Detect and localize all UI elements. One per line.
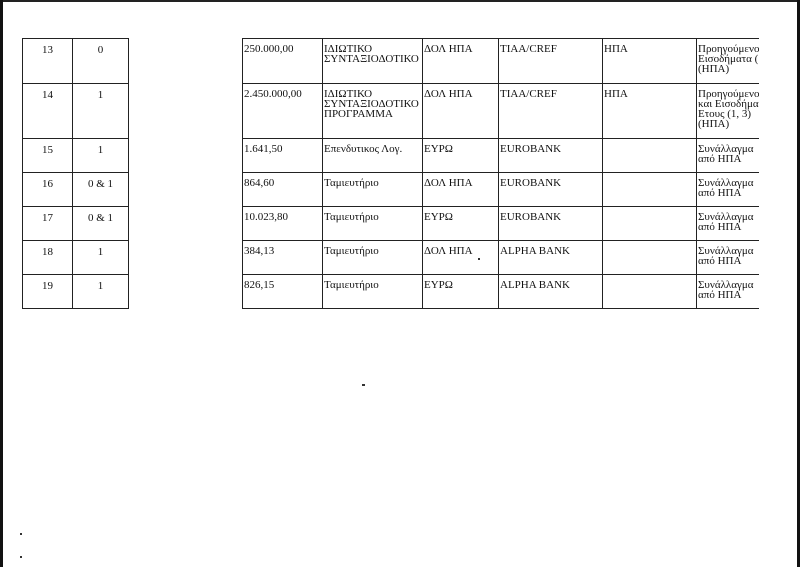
cell-row-number: 14	[23, 84, 73, 139]
cell-row-flag: 1	[73, 84, 129, 139]
cell-account-type: ΙΔΙΩΤΙΚΟΣΥΝΤΑΞΙΟΔΟΤΙΚΟ	[323, 39, 423, 84]
cell-row-flag: 0 & 1	[73, 207, 129, 241]
cell-note: Συνάλλαγμααπό ΗΠΑ	[697, 275, 760, 309]
cell-country	[603, 139, 697, 173]
cell-blank-column	[129, 39, 243, 84]
cell-bank: TIAA/CREF	[499, 84, 603, 139]
cell-note: Προηγούμενοκαι ΕισοδήμαΕτους (1, 3)(ΗΠΑ)	[697, 84, 760, 139]
cell-currency: ΔΟΛ ΗΠΑ	[423, 241, 499, 275]
table-row: 1412.450.000,00ΙΔΙΩΤΙΚΟΣΥΝΤΑΞΙΟΔΟΤΙΚΟΠΡΟ…	[23, 84, 760, 139]
table-row: 191826,15ΤαμιευτήριοΕΥΡΩALPHA BANKΣυνάλλ…	[23, 275, 760, 309]
scan-speck	[20, 556, 22, 558]
cell-amount: 864,60	[243, 173, 323, 207]
cell-currency: ΔΟΛ ΗΠΑ	[423, 84, 499, 139]
cell-account-type: Ταμιευτήριο	[323, 207, 423, 241]
cell-blank-column	[129, 207, 243, 241]
cell-country	[603, 173, 697, 207]
cell-amount: 826,15	[243, 275, 323, 309]
cell-country	[603, 207, 697, 241]
scan-speck	[20, 533, 22, 535]
table-row: 170 & 110.023,80ΤαμιευτήριοΕΥΡΩEUROBANKΣ…	[23, 207, 760, 241]
table-row: 160 & 1864,60ΤαμιευτήριοΔΟΛ ΗΠΑEUROBANKΣ…	[23, 173, 760, 207]
cell-currency: ΕΥΡΩ	[423, 139, 499, 173]
cell-row-flag: 1	[73, 241, 129, 275]
cell-bank: ALPHA BANK	[499, 241, 603, 275]
cell-amount: 2.450.000,00	[243, 84, 323, 139]
cell-bank: ALPHA BANK	[499, 275, 603, 309]
cell-blank-column	[129, 84, 243, 139]
page-edge-left	[0, 0, 3, 567]
cell-note: Συνάλλαγμααπό ΗΠΑ	[697, 241, 760, 275]
cell-row-number: 16	[23, 173, 73, 207]
cell-row-number: 15	[23, 139, 73, 173]
cell-bank: EUROBANK	[499, 139, 603, 173]
cell-note: Συνάλλαγμααπό ΗΠΑ	[697, 207, 760, 241]
cell-bank: EUROBANK	[499, 207, 603, 241]
cell-account-type: ΙΔΙΩΤΙΚΟΣΥΝΤΑΞΙΟΔΟΤΙΚΟΠΡΟΓΡΑΜΜΑ	[323, 84, 423, 139]
table-row: 181384,13ΤαμιευτήριοΔΟΛ ΗΠΑALPHA BANKΣυν…	[23, 241, 760, 275]
cell-row-flag: 0	[73, 39, 129, 84]
cell-amount: 384,13	[243, 241, 323, 275]
cell-blank-column	[129, 241, 243, 275]
cell-amount: 10.023,80	[243, 207, 323, 241]
cell-currency: ΔΟΛ ΗΠΑ	[423, 173, 499, 207]
cell-row-number: 19	[23, 275, 73, 309]
cell-currency: ΕΥΡΩ	[423, 275, 499, 309]
cell-account-type: Επενδυτικος Λογ.	[323, 139, 423, 173]
cell-note: Συνάλλαγμααπό ΗΠΑ	[697, 139, 760, 173]
cell-currency: ΕΥΡΩ	[423, 207, 499, 241]
table-row: 130250.000,00ΙΔΙΩΤΙΚΟΣΥΝΤΑΞΙΟΔΟΤΙΚΟΔΟΛ Η…	[23, 39, 760, 84]
cell-bank: EUROBANK	[499, 173, 603, 207]
cell-note: Συνάλλαγμααπό ΗΠΑ	[697, 173, 760, 207]
cell-blank-column	[129, 173, 243, 207]
cell-country	[603, 241, 697, 275]
cell-row-number: 13	[23, 39, 73, 84]
scan-speck	[362, 384, 365, 386]
page-edge-top	[0, 0, 800, 2]
cell-currency: ΔΟΛ ΗΠΑ	[423, 39, 499, 84]
cell-note: ΠροηγούμενοΕισοδήματα ((ΗΠΑ)	[697, 39, 760, 84]
cell-country: ΗΠΑ	[603, 39, 697, 84]
asset-table: 130250.000,00ΙΔΙΩΤΙΚΟΣΥΝΤΑΞΙΟΔΟΤΙΚΟΔΟΛ Η…	[22, 38, 759, 309]
cell-amount: 250.000,00	[243, 39, 323, 84]
cell-account-type: Ταμιευτήριο	[323, 275, 423, 309]
cell-amount: 1.641,50	[243, 139, 323, 173]
cell-account-type: Ταμιευτήριο	[323, 241, 423, 275]
table-row: 1511.641,50Επενδυτικος Λογ.ΕΥΡΩEUROBANKΣ…	[23, 139, 760, 173]
cell-row-flag: 0 & 1	[73, 173, 129, 207]
cell-country: ΗΠΑ	[603, 84, 697, 139]
cell-country	[603, 275, 697, 309]
cell-row-number: 18	[23, 241, 73, 275]
cell-row-flag: 1	[73, 275, 129, 309]
cell-blank-column	[129, 275, 243, 309]
cell-row-flag: 1	[73, 139, 129, 173]
cell-row-number: 17	[23, 207, 73, 241]
cell-bank: TIAA/CREF	[499, 39, 603, 84]
scan-speck	[478, 258, 480, 260]
cell-blank-column	[129, 139, 243, 173]
cell-account-type: Ταμιευτήριο	[323, 173, 423, 207]
